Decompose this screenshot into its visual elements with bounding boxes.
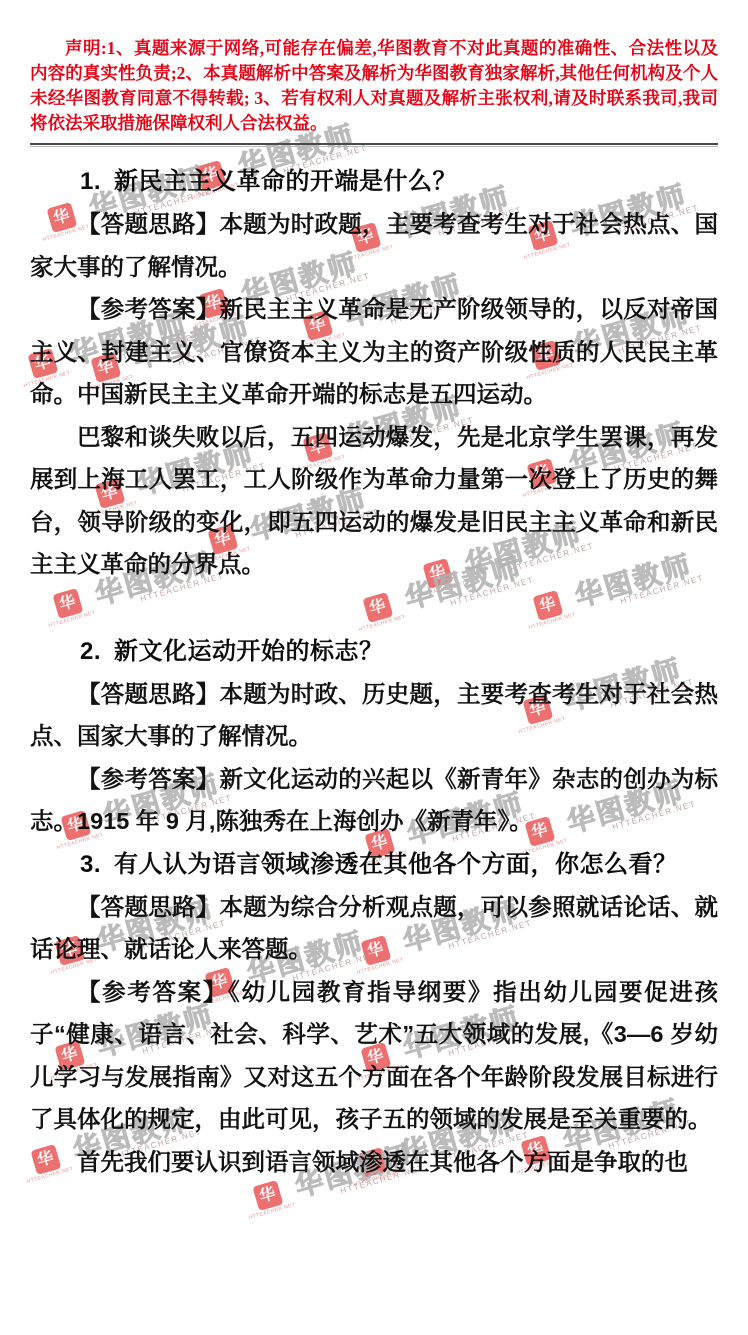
- question-2-reference-answer: 【参考答案】新文化运动的兴起以《新青年》杂志的创办为标志。1915 年 9 月,…: [30, 758, 718, 843]
- question-3-title-text: 有人认为语言领域渗透在其他各个方面，你怎么看？: [114, 851, 678, 878]
- question-1-reference-answer: 【参考答案】新民主主义革命是无产阶级领导的，以反对帝国主义、封建主义、官僚资本主…: [30, 288, 718, 416]
- question-1-number: 1.: [80, 168, 101, 195]
- question-2-title-text: 新文化运动开始的标志？: [114, 638, 384, 665]
- document-page: 华HTTEACHER.NET华图教师HTTEACHER.NET华HTTEACHE…: [0, 0, 748, 1335]
- question-1-explanation: 巴黎和谈失败以后，五四运动爆发，先是北京学生罢课，再发展到上海工人罢工，工人阶级…: [30, 416, 718, 586]
- question-3-title: 3.有人认为语言领域渗透在其他各个方面，你怎么看？: [30, 843, 718, 886]
- question-3-explanation: 首先我们要认识到语言领域渗透在其他各个方面是争取的也: [30, 1141, 718, 1184]
- huatu-seal-caption: HTTEACHER.NET: [248, 1202, 296, 1221]
- question-3-answer-approach: 【答题思路】本题为综合分析观点题，可以参照就话论话、就话论理、就话论人来答题。: [30, 886, 718, 971]
- disclaimer-text: 1、真题来源于网络,可能存在偏差,华图教育不对此真题的准确性、合法性以及内容的真…: [30, 38, 718, 133]
- question-1-title-text: 新民主主义革命的开端是什么？: [114, 168, 457, 195]
- disclaimer: 声明:1、真题来源于网络,可能存在偏差,华图教育不对此真题的准确性、合法性以及内…: [30, 36, 718, 136]
- question-3-number: 3.: [80, 851, 101, 878]
- question-3-reference-answer: 【参考答案】《幼儿园教育指导纲要》指出幼儿园要促进孩子“健康、语言、社会、科学、…: [30, 971, 718, 1141]
- document-content: 声明:1、真题来源于网络,可能存在偏差,华图教育不对此真题的准确性、合法性以及内…: [0, 0, 748, 1183]
- question-1: 1.新民主主义革命的开端是什么？ 【答题思路】本题为时政题，主要考查考生对于社会…: [30, 160, 718, 586]
- section-divider: [30, 143, 718, 147]
- question-2-number: 2.: [80, 638, 101, 665]
- questions-list: 1.新民主主义革命的开端是什么？ 【答题思路】本题为时政题，主要考查考生对于社会…: [30, 160, 718, 1183]
- divider-dark-line: [30, 143, 718, 145]
- question-1-title: 1.新民主主义革命的开端是什么？: [30, 160, 718, 203]
- disclaimer-label: 声明:: [65, 38, 107, 58]
- question-3: 3.有人认为语言领域渗透在其他各个方面，你怎么看？ 【答题思路】本题为综合分析观…: [30, 843, 718, 1184]
- divider-light-line: [30, 146, 718, 147]
- huatu-seal-icon: 华: [252, 1180, 283, 1211]
- question-2: 2.新文化运动开始的标志？ 【答题思路】本题为时政、历史题，主要考查考生对于社会…: [30, 630, 718, 843]
- question-2-title: 2.新文化运动开始的标志？: [30, 630, 718, 673]
- question-2-answer-approach: 【答题思路】本题为时政、历史题，主要考查考生对于社会热点、国家大事的了解情况。: [30, 673, 718, 758]
- question-1-answer-approach: 【答题思路】本题为时政题，主要考查考生对于社会热点、国家大事的了解情况。: [30, 203, 718, 288]
